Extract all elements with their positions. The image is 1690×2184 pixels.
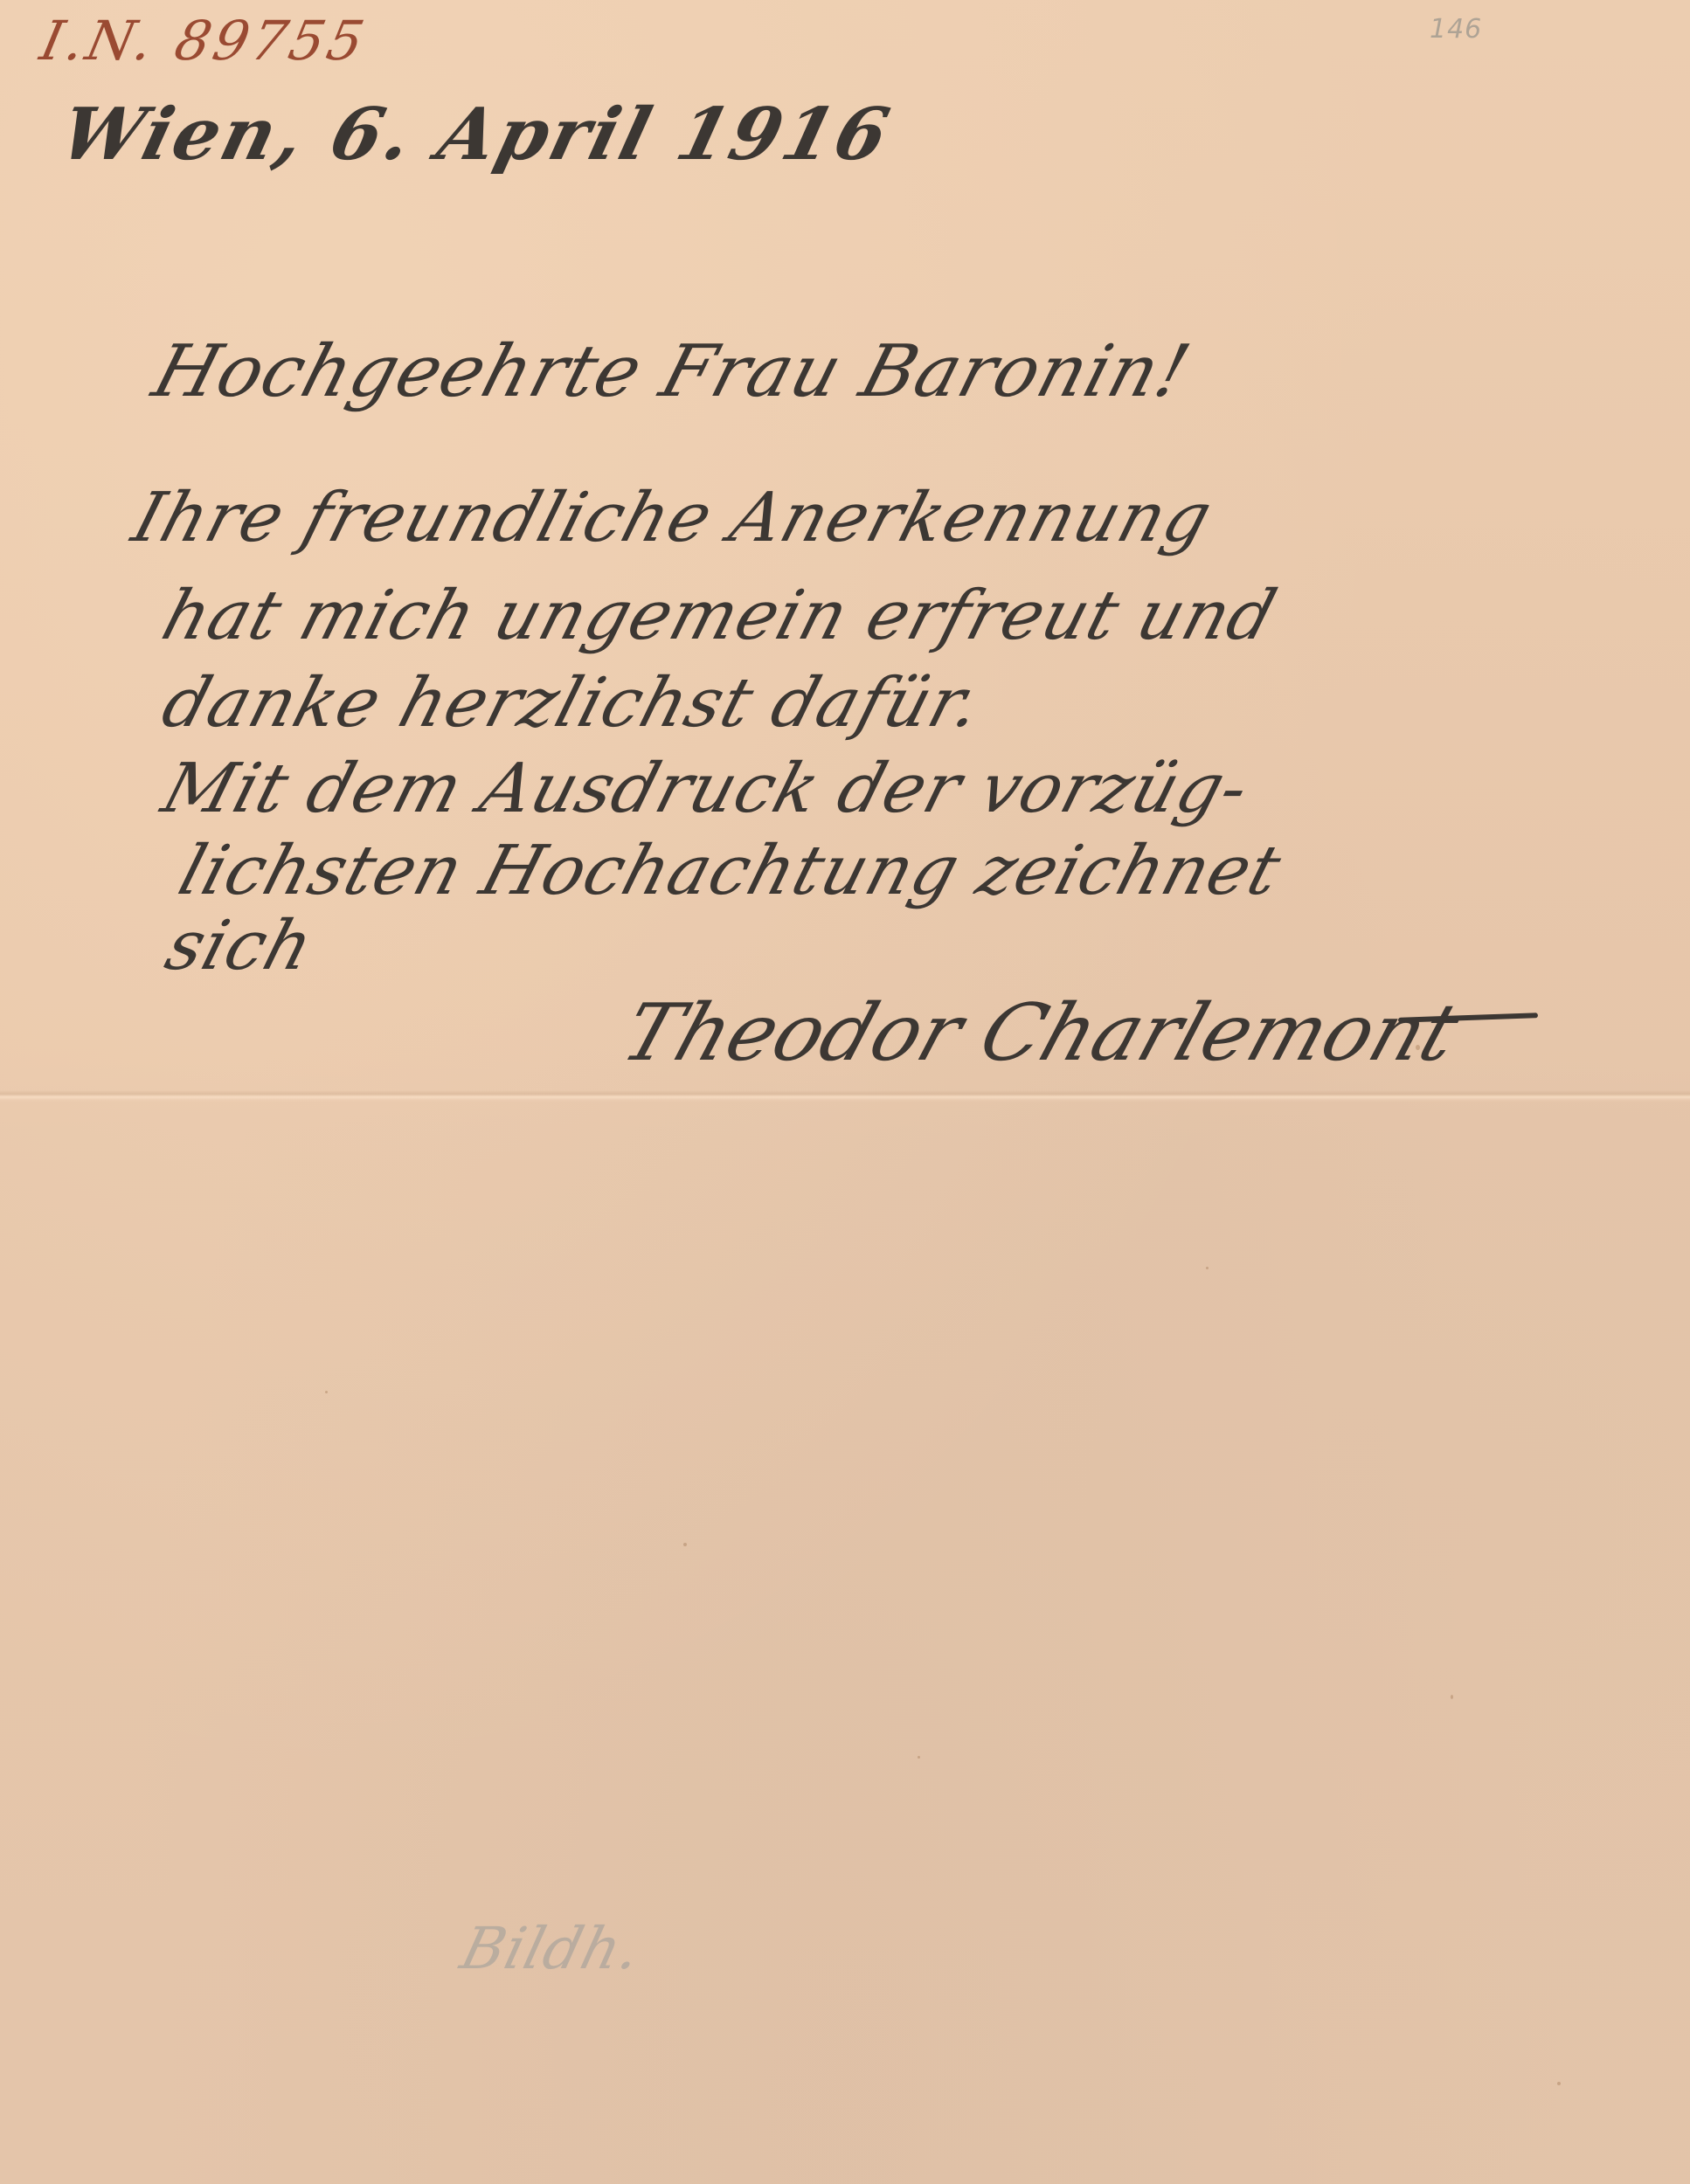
- body-line: lichsten Hochachtung zeichnet: [170, 832, 1290, 910]
- paper-speckle: [1206, 1267, 1209, 1269]
- salutation: Hochgeehrte Frau Baronin!: [144, 330, 1199, 413]
- body-line: sich: [157, 907, 322, 985]
- letter-page: I.N. 89755 146 Wien, 6. April 1916 Hochg…: [0, 0, 1690, 2184]
- paper-speckle: [1557, 2082, 1561, 2085]
- body-line: danke herzlichst dafür.: [154, 664, 991, 743]
- paper-fold-line: [0, 1090, 1690, 1102]
- body-line: hat mich ungemein erfreut und: [154, 577, 1285, 655]
- body-line: Ihre freundliche Anerkennung: [124, 479, 1221, 557]
- paper-speckle: [918, 1756, 920, 1759]
- signature: Theodor Charlemont: [612, 987, 1470, 1079]
- inventory-number: I.N. 89755: [35, 9, 373, 73]
- paper-speckle: [1451, 1695, 1453, 1699]
- paper-speckle: [325, 1391, 328, 1393]
- body-line: Mit dem Ausdruck der vorzüg-: [154, 750, 1257, 828]
- place-and-date: Wien, 6. April 1916: [52, 93, 899, 176]
- pencil-note: Bildh.: [454, 1915, 648, 1982]
- paper-speckle: [683, 1543, 687, 1546]
- page-number: 146: [1430, 14, 1482, 45]
